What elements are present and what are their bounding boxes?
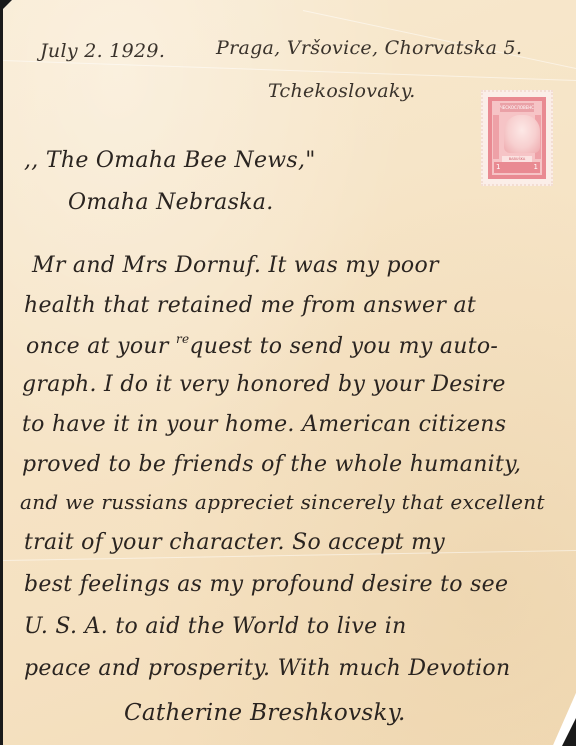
scan-corner: [0, 0, 12, 12]
body-line: proved to be friends of the whole humani…: [22, 452, 521, 477]
body-line: and we russians appreciet sincerely that…: [20, 490, 545, 514]
body-line: graph. I do it very honored by your Desi…: [22, 372, 506, 397]
body-line: best feelings as my profound desire to s…: [24, 572, 508, 597]
body-line: Mr and Mrs Dornuf. It was my poor: [32, 253, 439, 278]
body-line: once at your request to send you my auto…: [26, 332, 498, 359]
body-line-superscript: re: [176, 332, 189, 346]
body-line-part: once at your: [26, 334, 176, 359]
stamp-value-left: 1: [496, 162, 500, 173]
letter-date: July 2. 1929.: [40, 40, 165, 62]
body-line: U. S. A. to aid the World to live in: [24, 614, 407, 639]
stamp-value-right: 1: [534, 162, 538, 173]
postage-stamp: ЧЕСКОСЛОВЕНСКО BABUŠKA BREŠKOVSKÁ 1 1: [481, 90, 553, 186]
stamp-side-border: [493, 115, 499, 159]
stamp-portrait-icon: [504, 115, 540, 153]
body-line-part: quest to send you my auto-: [189, 334, 498, 359]
stamp-top-text: ЧЕСКОСЛОВЕНСКО: [500, 103, 534, 112]
stamp-frame: ЧЕСКОСЛОВЕНСКО BABUŠKA BREŠKOVSKÁ 1 1: [488, 97, 546, 179]
paper-crease: [3, 60, 576, 82]
body-line: to have it in your home. American citize…: [22, 412, 506, 437]
scan-corner: [562, 718, 576, 746]
signature: Catherine Breshkovsky.: [124, 700, 406, 726]
body-line: trait of your character. So accept my: [24, 530, 445, 555]
recipient-line1: ,, The Omaha Bee News,": [24, 148, 316, 173]
recipient-line2: Omaha Nebraska.: [68, 190, 274, 215]
body-line: health that retained me from answer at: [24, 293, 476, 318]
letter-address-line2: Tchekoslovaky.: [268, 80, 416, 102]
stamp-value-bar: 1 1: [494, 162, 540, 173]
scan-left-edge: [0, 0, 3, 745]
letter-address-line1: Praga, Vršovice, Chorvatska 5.: [216, 37, 522, 59]
body-line: peace and prosperity. With much Devotion: [24, 656, 510, 681]
